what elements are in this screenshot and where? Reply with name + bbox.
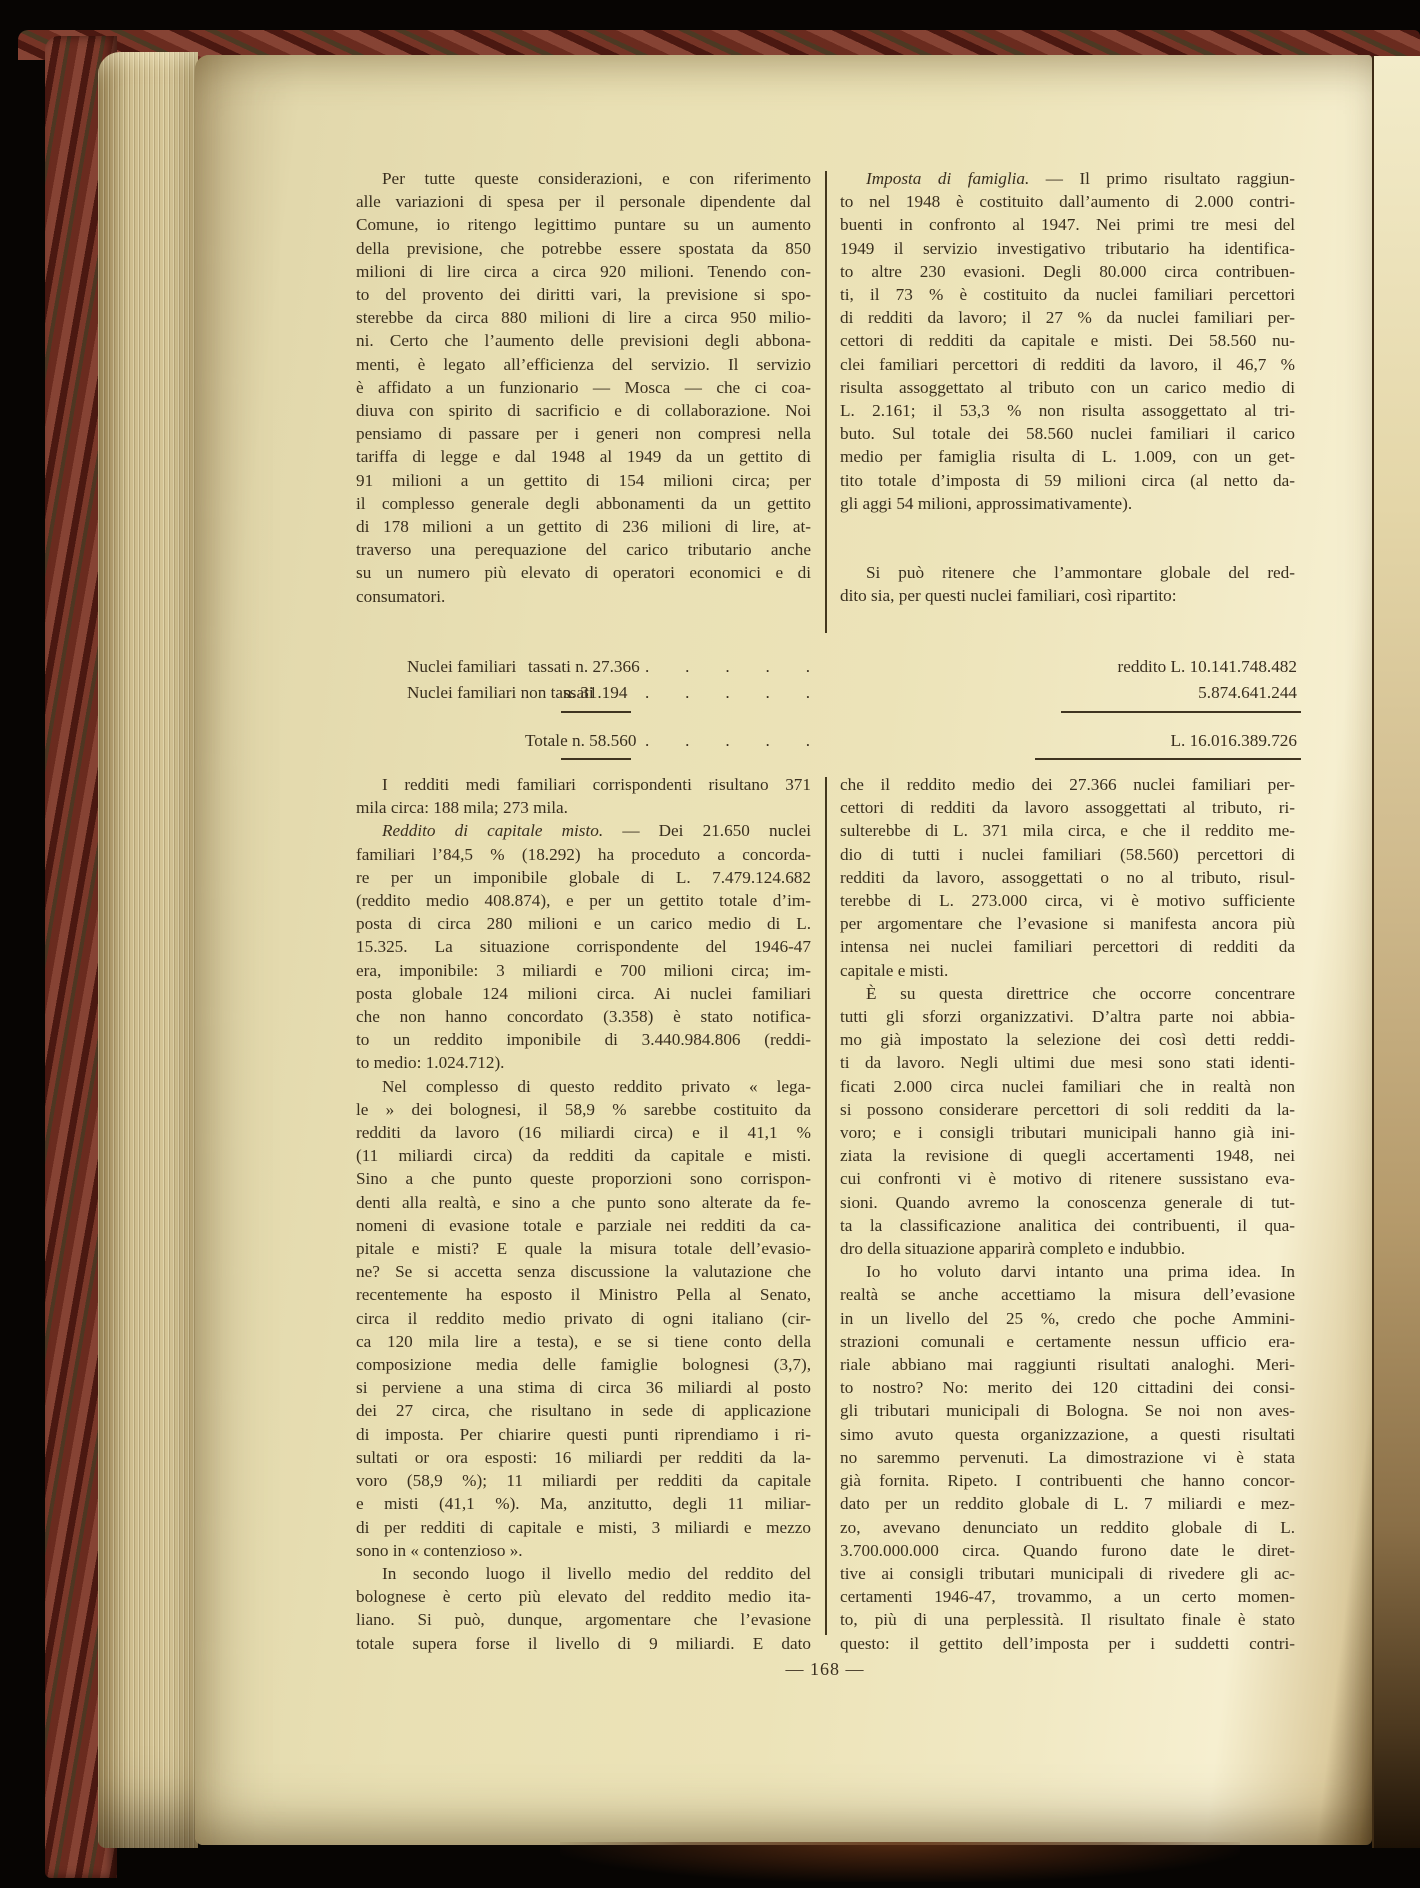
text-line: Sino a che punto queste proporzioni sono… [356, 1167, 811, 1190]
text-line: to nostro? No: merito dei 120 cittadini … [840, 1376, 1295, 1399]
text-line: simo avuto questa organizzazione, a ques… [840, 1423, 1295, 1446]
text-line: su un numero più elevato di operatori ec… [356, 561, 811, 584]
text-line: è affidato a un funzionario — Mosca — ch… [356, 376, 811, 399]
text-line: dito sia, per questi nuclei familiari, c… [840, 584, 1295, 607]
text-line: capitale e misti. [840, 959, 1295, 982]
text-line: to medio: 1.024.712). [356, 1051, 811, 1074]
table-row2-value: 5.874.641.244 [965, 681, 1297, 704]
text-line: redditi da lavoro (16 miliardi circa) e … [356, 1121, 811, 1144]
text-line: L. 2.161; il 53,3 % non risulta assogget… [840, 399, 1295, 422]
text-line: diuva con spirito di sacrificio e di col… [356, 399, 811, 422]
text-line: di imposta. Per chiarire questi punti ri… [356, 1423, 811, 1446]
table-row1-mid: tassati n. 27.366 [528, 655, 640, 678]
text-line: sultati or ora esposti: 16 miliardi per … [356, 1446, 811, 1469]
text-line: 91 milioni a un gettito di 154 milioni c… [356, 469, 811, 492]
text-line: Nel complesso di questo reddito privato … [356, 1075, 811, 1098]
book-gutter-edge [1372, 56, 1420, 1848]
text-line: ficati 2.000 circa nuclei familiari che … [840, 1075, 1295, 1098]
right-column-bottom: che il reddito medio dei 27.366 nuclei f… [840, 773, 1295, 1655]
text-line: cettori di redditi da lavoro assoggettat… [840, 796, 1295, 819]
text-line: cui confronti vi è motivo di ritenere su… [840, 1167, 1295, 1190]
text-line: gli tributari municipali di Bologna. Se … [840, 1399, 1295, 1422]
text-line: no saremmo pervenuti. La dimostrazione v… [840, 1446, 1295, 1469]
text-line: dei 27 circa, che risultano in sede di a… [356, 1399, 811, 1422]
text-line: recentemente ha esposto il Ministro Pell… [356, 1283, 811, 1306]
text-line: in un livello del 25 %, credo che poche … [840, 1307, 1295, 1330]
text-line: ta la classificazione analitica dei cont… [840, 1214, 1295, 1237]
table-row1-label: Nuclei familiari [407, 655, 516, 678]
text-line: traverso una perequazione del carico tri… [356, 538, 811, 561]
text-line: le » dei bolognesi, il 58,9 % sarebbe co… [356, 1098, 811, 1121]
column-divider-top [825, 171, 827, 633]
text-line: Comune, io ritengo legittimo puntare su … [356, 213, 811, 236]
page-number: — 168 — [715, 1659, 935, 1680]
text-line: pitale e misti? E quale la misura totale… [356, 1237, 811, 1260]
text-line: cettori di redditi da capitale e misti. … [840, 329, 1295, 352]
text-line: clei familiari percettori di redditi da … [840, 353, 1295, 376]
text-line: buto. Sul totale dei 58.560 nuclei famil… [840, 422, 1295, 445]
text-line: milioni di lire circa a circa 920 milion… [356, 260, 811, 283]
left-column-top: Per tutte queste considerazioni, e con r… [356, 167, 811, 608]
text-line: In secondo luogo il livello medio del re… [356, 1562, 811, 1585]
text-line: si possono considerare percettori di sol… [840, 1098, 1295, 1121]
text-line: sioni. Quando avremo la conoscenza gener… [840, 1191, 1295, 1214]
text-line: alle variazioni di spesa per il personal… [356, 190, 811, 213]
text-line: sterebbe da circa 880 milioni di lire a … [356, 306, 811, 329]
text-line: intensa nei nuclei familiari percettori … [840, 935, 1295, 958]
text-line: ti, il 73 % è costituito da nuclei famil… [840, 283, 1295, 306]
text-line: già fornita. Ripeto. I contribuenti che … [840, 1469, 1295, 1492]
text-line: che il reddito medio dei 27.366 nuclei f… [840, 773, 1295, 796]
text-line: (reddito medio 408.874), e per un gettit… [356, 889, 811, 912]
text-line: buenti in confronto al 1947. Nei primi t… [840, 213, 1295, 236]
text-line: nomeni di evasione totale e parziale nei… [356, 1214, 811, 1237]
page-stack-fore-edge [98, 52, 198, 1848]
table-rule-right-upper [1061, 711, 1301, 713]
text-line: Reddito di capitale misto. — Dei 21.650 … [356, 819, 811, 842]
book-bottom-shadow [560, 1842, 1240, 1882]
text-line: ni. Certo che l’aumento delle previsioni… [356, 329, 811, 352]
text-line: to, più di una perplessità. Il risultato… [840, 1608, 1295, 1631]
text-line: menti, è legato all’efficienza del servi… [356, 353, 811, 376]
text-line: tariffa di legge e dal 1948 al 1949 da u… [356, 445, 811, 468]
text-line: Imposta di famiglia. — Il primo risultat… [840, 167, 1295, 190]
text-line: realtà se anche accettiamo la misura del… [840, 1283, 1295, 1306]
text-line: era, imponibile: 3 miliardi e 700 milion… [356, 959, 811, 982]
text-line: medio per famiglia risulta di L. 1.009, … [840, 445, 1295, 468]
text-line: redditi da lavoro, assoggettati o no al … [840, 866, 1295, 889]
text-line: sono in « contenzioso ». [356, 1539, 811, 1562]
text-line: bolognese è certo più elevato del reddit… [356, 1585, 811, 1608]
text-line: circa il reddito medio privato di ogni i… [356, 1307, 811, 1330]
text-line: riale abbiano mai raggiunti risultati an… [840, 1353, 1295, 1376]
paragraph: Io ho voluto darvi intanto una prima ide… [840, 1260, 1295, 1654]
paragraph: In secondo luogo il livello medio del re… [356, 1562, 811, 1655]
text-line: questo: il gettito dell’imposta per i su… [840, 1632, 1295, 1655]
text-line: il complesso generale degli abbonamenti … [356, 492, 811, 515]
text-line: Per tutte queste considerazioni, e con r… [356, 167, 811, 190]
paragraph: Si può ritenere che l’ammontare globale … [840, 561, 1295, 607]
text-line: della previsione, che potrebbe essere sp… [356, 237, 811, 260]
text-line: to del provento dei diritti vari, la pre… [356, 283, 811, 306]
paragraph: Imposta di famiglia. — Il primo risultat… [840, 167, 1295, 515]
text-line: composizione media delle famiglie bologn… [356, 1353, 811, 1376]
text-line: consumatori. [356, 585, 811, 608]
text-line: posta di circa 280 milioni e un carico m… [356, 912, 811, 935]
text-line: di 178 milioni a un gettito di 236 milio… [356, 515, 811, 538]
table-total-label: Totale n. 58.560 [525, 729, 636, 752]
text-line: gli aggi 54 milioni, approssimativamente… [840, 492, 1295, 515]
text-line: tutti gli sforzi organizzativi. D’altra … [840, 1005, 1295, 1028]
text-line: tito totale d’imposta di 59 milioni circ… [840, 469, 1295, 492]
text-line: 1949 il servizio investigativo tributari… [840, 237, 1295, 260]
table-row1-dot-leader: . . . . . [645, 655, 810, 678]
text-line: terebbe di L. 273.000 circa, vi è motivo… [840, 889, 1295, 912]
table-rule-right-lower [1035, 758, 1301, 760]
text-line: voro; e i consigli tributari municipali … [840, 1121, 1295, 1144]
table-total-dot-leader: . . . . . [645, 729, 810, 752]
text-line: voro (58,9 %); 11 miliardi per redditi d… [356, 1469, 811, 1492]
table-total-value: L. 16.016.389.726 [965, 729, 1297, 752]
paragraph: Nel complesso di questo reddito privato … [356, 1075, 811, 1562]
text-line: 15.325. La situazione corrispondente del… [356, 935, 811, 958]
paragraph: Reddito di capitale misto. — Dei 21.650 … [356, 819, 811, 1074]
text-line: familiari l’84,5 % (18.292) ha proceduto… [356, 843, 811, 866]
text-line: ti da lavoro. Negli ultimi due mesi sono… [840, 1051, 1295, 1074]
paragraph: È su questa direttrice che occorre conce… [840, 982, 1295, 1260]
column-divider-bottom [825, 777, 827, 1635]
text-line: I redditi medi familiari corrispondenti … [356, 773, 811, 796]
text-line: (11 miliardi circa) da redditi da capita… [356, 1144, 811, 1167]
text-line: Si può ritenere che l’ammontare globale … [840, 561, 1295, 584]
text-line: dato per un reddito globale di L. 7 mili… [840, 1492, 1295, 1515]
text-line: denti alla realtà, e sino a che punto so… [356, 1191, 811, 1214]
book-page: Per tutte queste considerazioni, e con r… [195, 55, 1372, 1845]
paragraph: I redditi medi familiari corrispondenti … [356, 773, 811, 819]
text-line: di per redditi di capitale e misti, 3 mi… [356, 1516, 811, 1539]
text-line: liano. Si può, dunque, argomentare che l… [356, 1608, 811, 1631]
table-row2-mid: n. 31.194 [563, 681, 627, 704]
right-column-top: Imposta di famiglia. — Il primo risultat… [840, 167, 1295, 607]
text-line: dio di tutti i nuclei familiari (58.560)… [840, 843, 1295, 866]
text-line: zo, avevano denunciato un reddito global… [840, 1516, 1295, 1539]
text-line: tive ai consigli tributari municipali di… [840, 1562, 1295, 1585]
text-line: to un reddito imponibile di 3.440.984.80… [356, 1028, 811, 1051]
left-column-bottom: I redditi medi familiari corrispondenti … [356, 773, 811, 1655]
text-line: È su questa direttrice che occorre conce… [840, 982, 1295, 1005]
text-line: ca 120 mila lire a testa), e se si tiene… [356, 1330, 811, 1353]
text-line: totale supera forse il livello di 9 mili… [356, 1632, 811, 1655]
text-line: per argomentare che l’evasione si manife… [840, 912, 1295, 935]
table-row2-dot-leader: . . . . . [645, 681, 810, 704]
table-rule-left-upper [561, 711, 631, 713]
text-line: mila circa: 188 mila; 273 mila. [356, 796, 811, 819]
text-line: re per un imponibile globale di L. 7.479… [356, 866, 811, 889]
text-line: strazioni comunali e certamente nessun u… [840, 1330, 1295, 1353]
text-line: Io ho voluto darvi intanto una prima ide… [840, 1260, 1295, 1283]
text-line: pensiamo di passare per i generi non com… [356, 422, 811, 445]
text-line: mo già impostato la selezione dei così d… [840, 1028, 1295, 1051]
paragraph: che il reddito medio dei 27.366 nuclei f… [840, 773, 1295, 982]
paragraph: Per tutte queste considerazioni, e con r… [356, 167, 811, 608]
table-row1-value: reddito L. 10.141.748.482 [965, 655, 1297, 678]
text-line: si perviene a una stima di circa 36 mili… [356, 1376, 811, 1399]
text-line: ne? Se si accetta senza discussione la v… [356, 1260, 811, 1283]
text-line: dro della situazione apparirà completo e… [840, 1237, 1295, 1260]
text-line: certamenti 1946-47, trovammo, a un certo… [840, 1585, 1295, 1608]
text-line: to altre 230 evasioni. Degli 80.000 circ… [840, 260, 1295, 283]
text-line: to nel 1948 è costituito dall’aumento di… [840, 190, 1295, 213]
text-line: di redditi da lavoro; il 27 % da nuclei … [840, 306, 1295, 329]
text-line: 3.700.000.000 circa. Quando furono date … [840, 1539, 1295, 1562]
text-line: che non hanno concordato (3.358) è stato… [356, 1005, 811, 1028]
text-line: e misti (41,1 %). Ma, anzitutto, degli 1… [356, 1492, 811, 1515]
text-line: risulta assoggettato al tributo con un c… [840, 376, 1295, 399]
text-line: ziata la revisione di quegli accertament… [840, 1144, 1295, 1167]
table-rule-left-lower [561, 758, 631, 760]
text-line: posta globale 124 milioni circa. Ai nucl… [356, 982, 811, 1005]
text-line: sulterebbe di L. 371 mila circa, e che i… [840, 819, 1295, 842]
